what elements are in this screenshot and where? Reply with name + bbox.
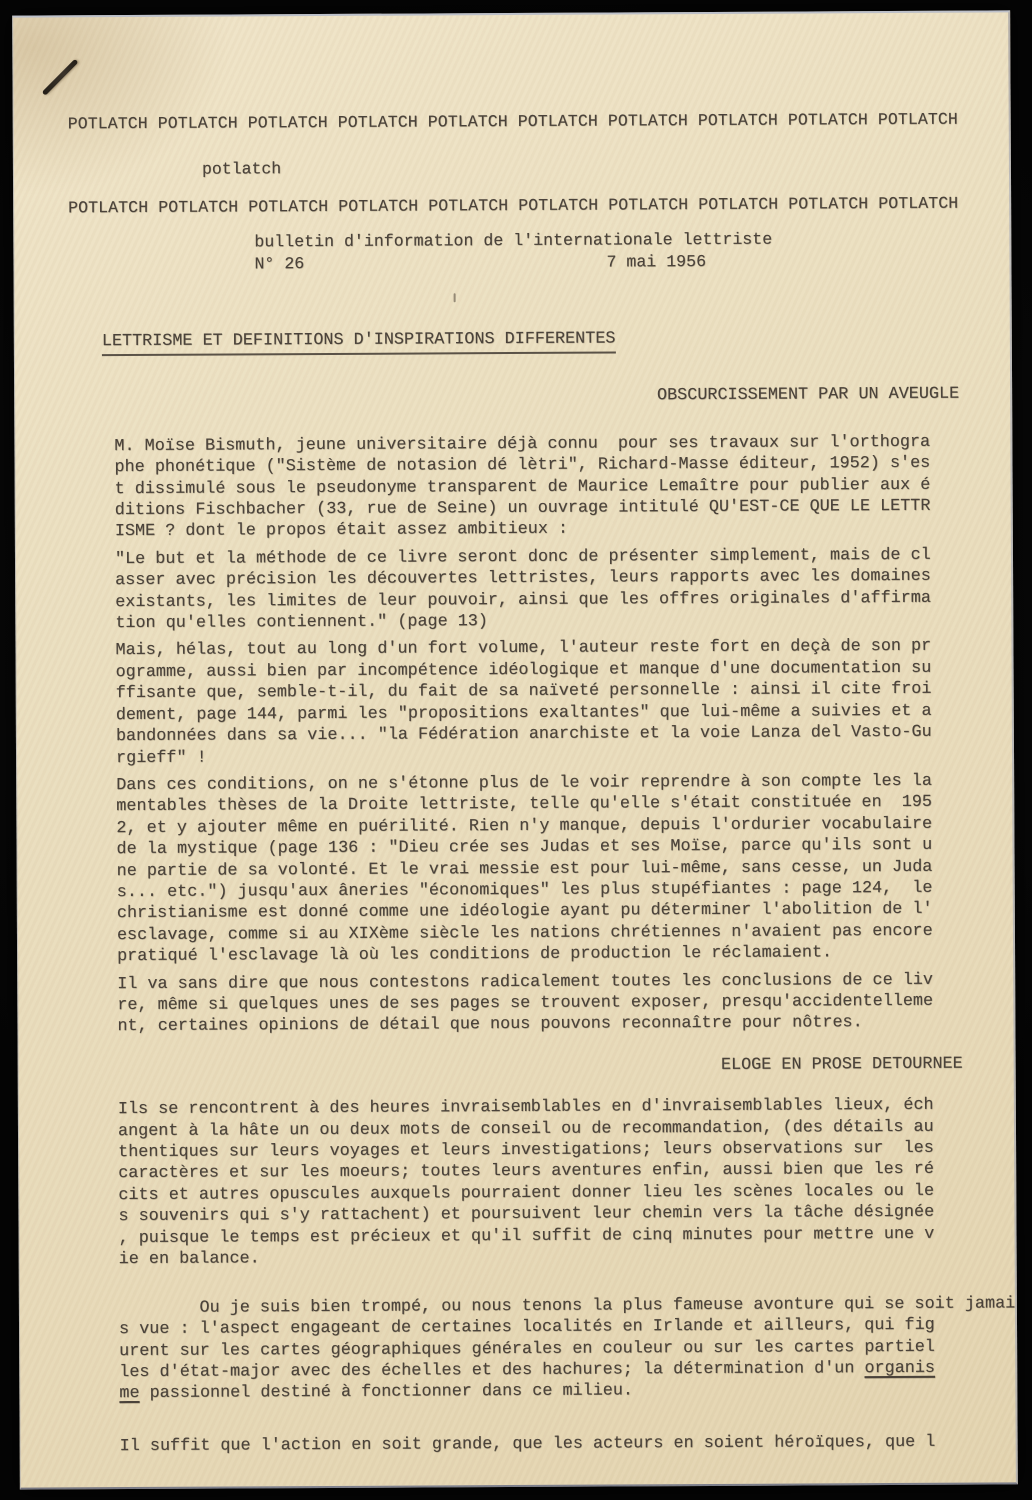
paragraph-quote-but-methode: "Le but et la méthode de ce livre seront… (115, 545, 960, 635)
organisme-underlined-me: me (119, 1384, 139, 1403)
paper-page: POTLATCH POTLATCH POTLATCH POTLATCH POTL… (12, 10, 1018, 1489)
issue-date: 7 mai 1956 (606, 252, 706, 272)
paragraph-ils-se-rencontrent: Ils se rencontrent à des heures invraise… (118, 1095, 964, 1271)
paragraph-organisme: Ou je suis bien trompé, ou nous tenons l… (119, 1272, 965, 1426)
stray-ink-mark (454, 293, 456, 302)
section-heading-eloge: ELOGE EN PROSE DETOURNEE (118, 1053, 963, 1079)
organisme-underlined-organis: organis (864, 1359, 935, 1378)
paragraph-mais-helas: Mais, hélas, tout au long d'un fort volu… (115, 636, 961, 769)
scan-background: POTLATCH POTLATCH POTLATCH POTLATCH POTL… (0, 0, 1032, 1500)
organisme-text-after: passionnel destiné à fonctionner dans ce… (139, 1382, 633, 1404)
paragraph-il-va-sans-dire: Il va sans dire que nous contestons radi… (117, 969, 962, 1038)
masthead-row-top: POTLATCH POTLATCH POTLATCH POTLATCH POTL… (68, 110, 958, 135)
section-heading-obscurcissement: OBSCURCISSEMENT PAR UN AVEUGLE (114, 384, 959, 410)
article-title: LETTRISME ET DEFINITIONS D'INSPIRATIONS … (102, 328, 616, 356)
paragraph-bismuth: M. Moïse Bismuth, jeune universitaire dé… (114, 431, 960, 542)
paragraph-il-suffit: Il suffit que l'action en soit grande, q… (120, 1432, 965, 1458)
masthead-row-bottom: POTLATCH POTLATCH POTLATCH POTLATCH POTL… (68, 194, 958, 219)
masthead-lowercase: potlatch (202, 159, 281, 178)
paragraph-dans-ces-conditions: Dans ces conditions, on ne s'étonne plus… (116, 771, 962, 968)
issue-row: N° 26 7 mai 1956 (254, 251, 854, 276)
staple (42, 59, 79, 96)
issue-number: N° 26 (254, 254, 304, 273)
bulletin-subtitle: bulletin d'information de l'internationa… (254, 230, 772, 252)
article-body: LETTRISME ET DEFINITIONS D'INSPIRATIONS … (114, 327, 965, 1464)
